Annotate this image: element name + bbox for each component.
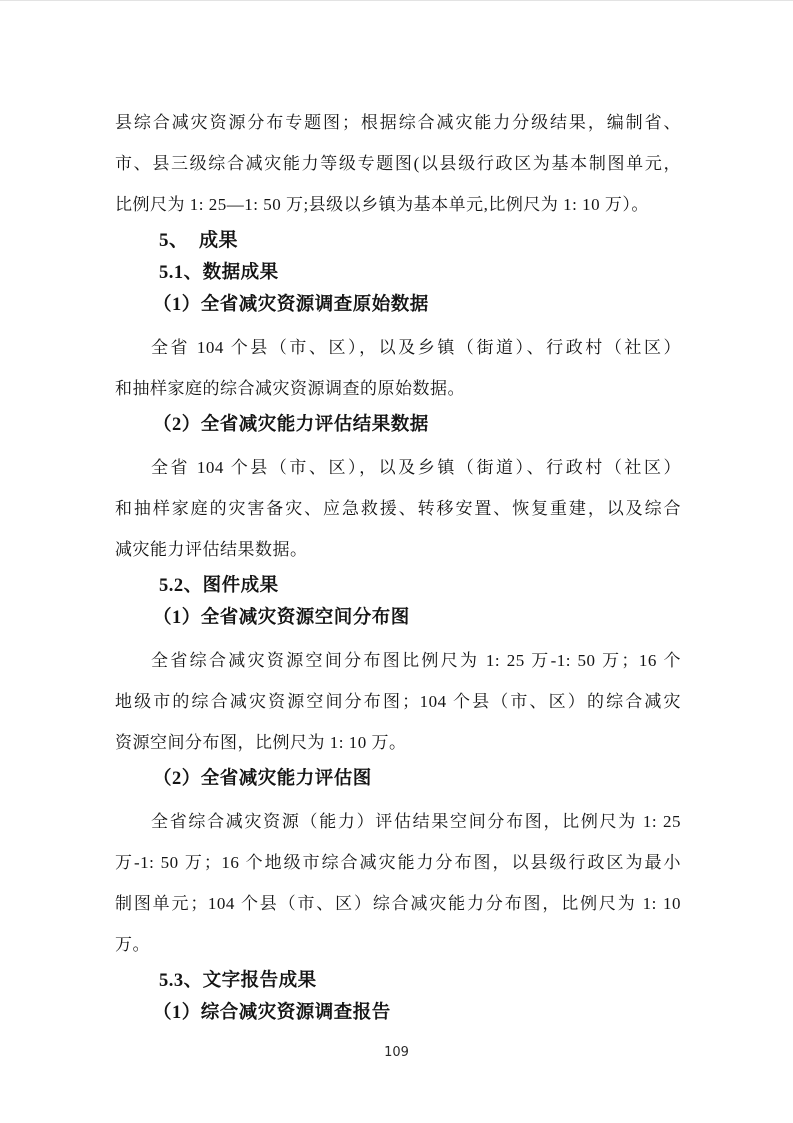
paragraph: 全省 104 个县（市、区），以及乡镇（街道）、行政村（社区）和抽样家庭的灾害备… xyxy=(115,447,681,570)
paragraph-line: 万-1: 50 万；16 个地级市综合减灾能力分布图，以县级行政区为最小 xyxy=(115,842,681,883)
page-number: 109 xyxy=(384,1045,409,1060)
paragraph: 全省综合减灾资源空间分布图比例尺为 1: 25 万-1: 50 万；16 个地级… xyxy=(115,640,681,763)
item-heading: （1）全省减灾资源调查原始数据 xyxy=(115,289,681,321)
section-heading: 5、 成果 xyxy=(115,225,681,257)
paragraph-line: 减灾能力评估结果数据。 xyxy=(115,529,681,570)
item-heading: （1）全省减灾资源空间分布图 xyxy=(115,602,681,634)
paragraph: 全省 104 个县（市、区），以及乡镇（街道）、行政村（社区）和抽样家庭的综合减… xyxy=(115,327,681,409)
subsection-heading: 5.2、图件成果 xyxy=(115,570,681,602)
paragraph-line: 全省 104 个县（市、区），以及乡镇（街道）、行政村（社区） xyxy=(115,447,681,488)
item-heading: （2）全省减灾能力评估结果数据 xyxy=(115,409,681,441)
item-heading: （1）综合减灾资源调查报告 xyxy=(115,997,681,1029)
paragraph: 全省综合减灾资源（能力）评估结果空间分布图，比例尺为 1: 25万-1: 50 … xyxy=(115,801,681,965)
paragraph-line: 和抽样家庭的综合减灾资源调查的原始数据。 xyxy=(115,368,681,409)
paragraph: 县综合减灾资源分布专题图；根据综合减灾能力分级结果，编制省、市、县三级综合减灾能… xyxy=(115,102,681,225)
paragraph-line: 全省 104 个县（市、区），以及乡镇（街道）、行政村（社区） xyxy=(115,327,681,368)
paragraph-line: 比例尺为 1: 25—1: 50 万;县级以乡镇为基本单元,比例尺为 1: 10… xyxy=(115,184,681,225)
subsection-heading: 5.1、数据成果 xyxy=(115,257,681,289)
paragraph-line: 万。 xyxy=(115,924,681,965)
document-body: 县综合减灾资源分布专题图；根据综合减灾能力分级结果，编制省、市、县三级综合减灾能… xyxy=(115,96,681,1029)
document-page: 县综合减灾资源分布专题图；根据综合减灾能力分级结果，编制省、市、县三级综合减灾能… xyxy=(0,0,793,1123)
paragraph-line: 市、县三级综合减灾能力等级专题图(以县级行政区为基本制图单元， xyxy=(115,143,681,184)
paragraph-line: 地级市的综合减灾资源空间分布图；104 个县（市、区）的综合减灾 xyxy=(115,681,681,722)
page-footer: 109 xyxy=(0,1045,793,1060)
subsection-heading: 5.3、文字报告成果 xyxy=(115,965,681,997)
paragraph-line: 和抽样家庭的灾害备灾、应急救援、转移安置、恢复重建，以及综合 xyxy=(115,488,681,529)
paragraph-line: 县综合减灾资源分布专题图；根据综合减灾能力分级结果，编制省、 xyxy=(115,102,681,143)
paragraph-line: 全省综合减灾资源（能力）评估结果空间分布图，比例尺为 1: 25 xyxy=(115,801,681,842)
paragraph-line: 制图单元；104 个县（市、区）综合减灾能力分布图，比例尺为 1: 10 xyxy=(115,883,681,924)
paragraph-line: 资源空间分布图，比例尺为 1: 10 万。 xyxy=(115,722,681,763)
paragraph-line: 全省综合减灾资源空间分布图比例尺为 1: 25 万-1: 50 万；16 个 xyxy=(115,640,681,681)
item-heading: （2）全省减灾能力评估图 xyxy=(115,763,681,795)
